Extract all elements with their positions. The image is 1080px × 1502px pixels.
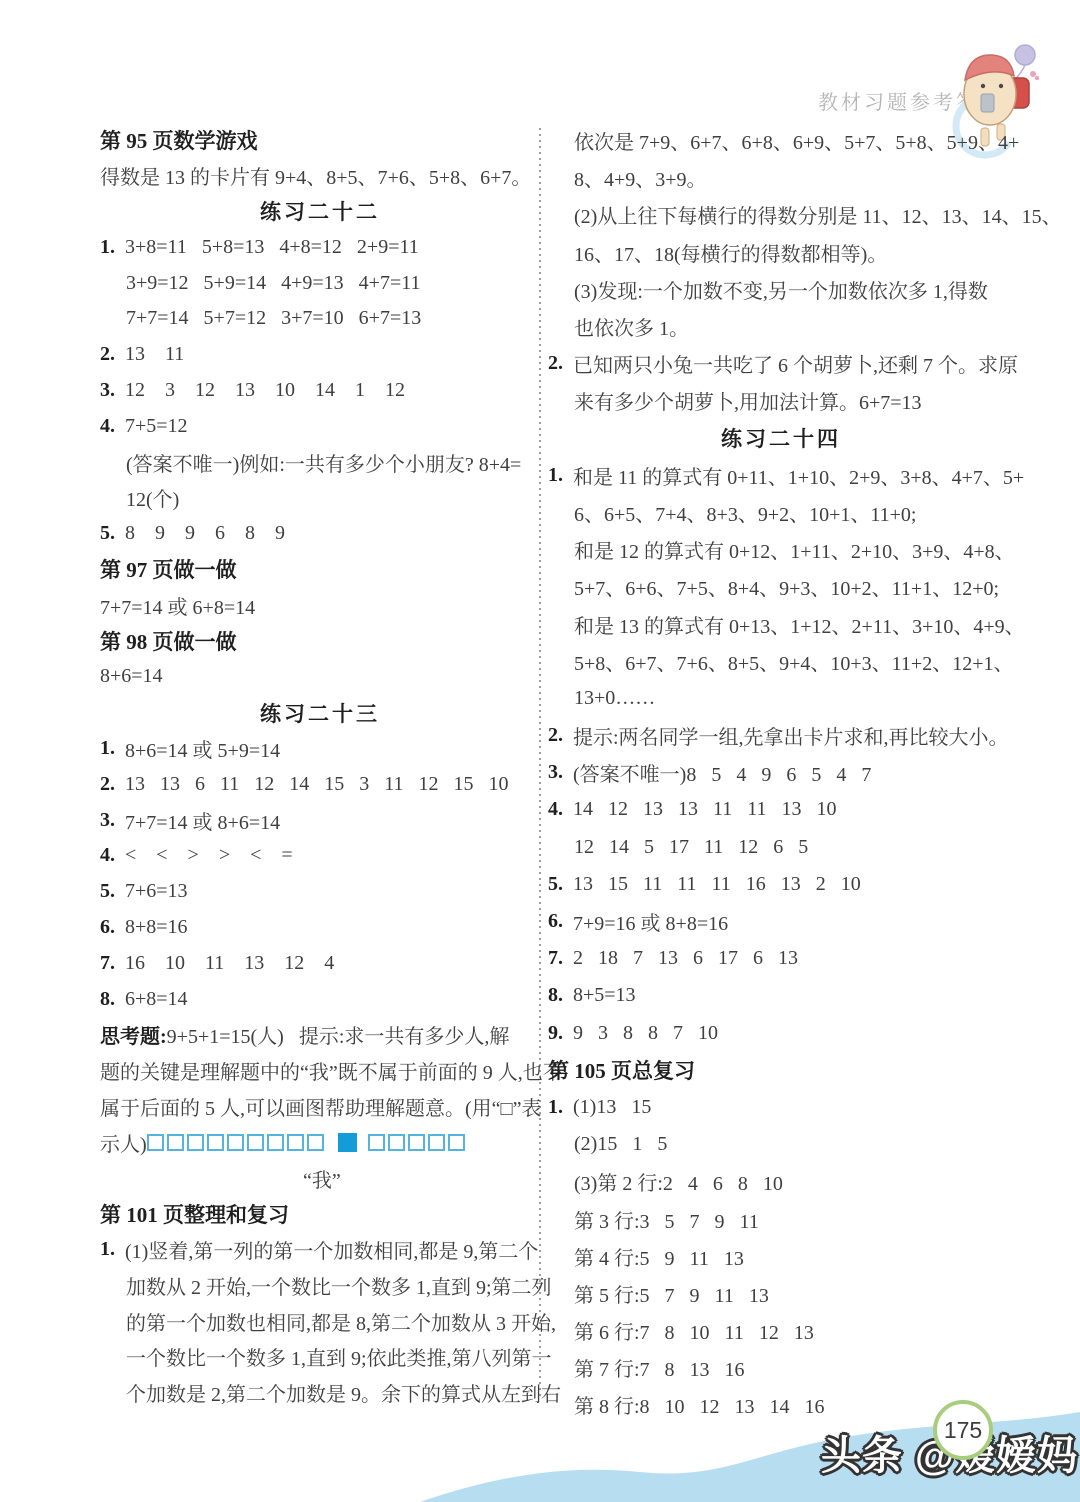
item-number: 4. [100, 844, 115, 867]
answer-line: (3)发现:一个加数不变,另一个加数依次多 1,得数 [548, 271, 1014, 308]
section-heading: 第 97 页做一做 [100, 552, 540, 588]
answer-line: 属于后面的 5 人,可以画图帮助理解题意。(用“□”表 [100, 1089, 540, 1125]
item-number: 8. [548, 984, 563, 1007]
empty-box-icon [368, 1134, 385, 1151]
answer-line: 题的关键是理解题中的“我”既不属于前面的 9 人,也不 [100, 1053, 540, 1089]
answer-line: 也依次多 1。 [548, 308, 1014, 345]
item-number: 3. [100, 809, 115, 832]
answer-line: (答案不唯一)例如:一共有多少个小朋友? 8+4= [100, 444, 540, 480]
answer-line: 和是 12 的算式有 0+12、1+11、2+10、3+9、4+8、 [548, 531, 1014, 568]
section-heading: 第 105 页总复习 [548, 1052, 1014, 1089]
answer-item: 4.7+5=12 [100, 408, 540, 444]
answer-line: 3+9=12 5+9=14 4+9=13 4+7=11 [100, 265, 540, 301]
answer-item: 2.13 11 [100, 337, 540, 373]
answer-item: 6.7+9=16 或 8+8=16 [548, 903, 1014, 940]
answer-line: (2)从上往下每横行的得数分别是 11、12、13、14、15、 [548, 196, 1014, 233]
empty-box-icon [227, 1134, 244, 1151]
item-number: 9. [548, 1022, 563, 1045]
item-number: 8. [100, 988, 115, 1011]
item-number: 7. [548, 947, 563, 970]
item-number: 2. [100, 773, 115, 796]
answer-line: 第 6 行:7 8 10 11 12 13 [548, 1312, 1014, 1349]
item-number: 1. [548, 1096, 563, 1119]
empty-box-icon [267, 1134, 284, 1151]
section-heading: 第 98 页做一做 [100, 623, 540, 659]
answer-line: 12(个) [100, 480, 540, 516]
empty-box-icon [207, 1134, 224, 1151]
item-number: 1. [100, 236, 115, 259]
answer-line: 第 4 行:5 9 11 13 [548, 1238, 1014, 1275]
section-heading: 第 101 页整理和复习 [100, 1196, 540, 1232]
item-text: 3+8=11 5+8=13 4+8=12 2+9=11 [125, 236, 419, 259]
answer-item: 3.12 3 12 13 10 14 1 12 [100, 373, 540, 409]
answer-line: 7+7=14 5+7=12 3+7=10 6+7=13 [100, 301, 540, 337]
answer-item: 1.(1)13 15 [548, 1089, 1014, 1126]
answer-line: 5+8、6+7、7+6、8+5、9+4、10+3、11+2、12+1、 [548, 643, 1014, 680]
answer-line: 16、17、18(每横行的得数都相等)。 [548, 234, 1014, 271]
answer-item: 3.7+7=14 或 8+6=14 [100, 802, 540, 838]
answer-line: 12 14 5 17 11 12 6 5 [548, 829, 1014, 866]
answer-line: 第 7 行:7 8 13 16 [548, 1349, 1014, 1386]
empty-box-icon [287, 1134, 304, 1151]
answer-line: 5+7、6+6、7+5、8+4、9+3、10+2、11+1、12+0; [548, 568, 1014, 605]
item-text: 和是 11 的算式有 0+11、1+10、2+9、3+8、4+7、5+ [573, 461, 1024, 490]
answer-line: 6、6+5、7+4、8+3、9+2、10+1、11+0; [548, 494, 1014, 531]
exercise-heading: 练习二十三 [100, 695, 540, 731]
answer-line: 和是 13 的算式有 0+13、1+12、2+11、3+10、4+9、 [548, 605, 1014, 642]
item-text: 提示:两名同学一组,先拿出卡片求和,再比较大小。 [573, 721, 1009, 750]
empty-box-icon [147, 1134, 164, 1151]
answer-line: 依次是 7+9、6+7、6+8、6+9、5+7、5+8、5+9、4+ [548, 122, 1014, 159]
item-text: (答案不唯一)8 5 4 9 6 5 4 7 [573, 758, 871, 787]
item-text: 7+6=13 [125, 880, 188, 903]
section-heading: 第 95 页数学游戏 [100, 122, 540, 158]
item-text: (1)竖着,第一列的第一个加数相同,都是 9,第二个 [125, 1235, 538, 1264]
answer-item: 1.和是 11 的算式有 0+11、1+10、2+9、3+8、4+7、5+ [548, 457, 1014, 494]
answer-item: 5.8 9 9 6 8 9 [100, 516, 540, 552]
item-text: 9 3 8 8 7 10 [573, 1022, 718, 1045]
empty-box-icon [167, 1134, 184, 1151]
answer-item: 3.(答案不唯一)8 5 4 9 6 5 4 7 [548, 754, 1014, 791]
item-number: 5. [100, 880, 115, 903]
item-text: (1)13 15 [573, 1096, 651, 1119]
item-text: 13 15 11 11 11 16 13 2 10 [573, 873, 861, 896]
answer-item: 7.16 10 11 13 12 4 [100, 945, 540, 981]
item-text: 8+5=13 [573, 984, 636, 1007]
item-text: 已知两只小兔一共吃了 6 个胡萝卜,还剩 7 个。求原 [573, 349, 1018, 378]
answer-item: 6.8+8=16 [100, 910, 540, 946]
item-number: 4. [100, 415, 115, 438]
answer-line: 来有多少个胡萝卜,用加法计算。6+7=13 [548, 382, 1014, 419]
answer-line: 13+0…… [548, 680, 1014, 717]
answer-line: 8、4+9、3+9。 [548, 159, 1014, 196]
answer-item: 1.(1)竖着,第一列的第一个加数相同,都是 9,第二个 [100, 1232, 540, 1268]
item-number: 1. [100, 1238, 115, 1261]
item-text: 12 3 12 13 10 14 1 12 [125, 379, 405, 402]
item-number: 思考题: [100, 1020, 167, 1049]
item-number: 5. [100, 522, 115, 545]
answer-item: 1.8+6=14 或 5+9=14 [100, 731, 540, 767]
item-text: < < > > < = [125, 844, 293, 867]
empty-box-icon [408, 1134, 425, 1151]
item-text: 7+9=16 或 8+8=16 [573, 907, 728, 936]
answer-item: 思考题:9+5+1=15(人) 提示:求一共有多少人,解 [100, 1017, 540, 1053]
item-text: 8+8=16 [125, 916, 188, 939]
answer-line: (3)第 2 行:2 4 6 8 10 [548, 1163, 1014, 1200]
exercise-heading: 练习二十二 [100, 194, 540, 230]
item-number: 7. [100, 952, 115, 975]
empty-box-icon [247, 1134, 264, 1151]
answer-line: 8+6=14 [100, 659, 540, 695]
empty-box-icon [388, 1134, 405, 1151]
filled-box-icon [338, 1133, 357, 1152]
item-text: 7+7=14 或 8+6=14 [125, 806, 280, 835]
answer-item: 2.提示:两名同学一组,先拿出卡片求和,再比较大小。 [548, 717, 1014, 754]
left-column: 第 95 页数学游戏得数是 13 的卡片有 9+4、8+5、7+6、5+8、6+… [100, 122, 540, 1411]
answer-line: 加数从 2 开始,一个数比一个数多 1,直到 9;第二列 [100, 1268, 540, 1304]
balloon-icon [1015, 45, 1035, 65]
answer-item: 2.13 13 6 11 12 14 15 3 11 12 15 10 [100, 766, 540, 802]
phone-icon [981, 94, 994, 112]
item-number: 2. [548, 352, 563, 375]
answer-item: 1.3+8=11 5+8=13 4+8=12 2+9=11 [100, 229, 540, 265]
answer-item: 5.13 15 11 11 11 16 13 2 10 [548, 866, 1014, 903]
answer-line: 的第一个加数也相同,都是 8,第二个加数从 3 开始, [100, 1303, 540, 1339]
item-number: 4. [548, 798, 563, 821]
item-number: 3. [100, 379, 115, 402]
answer-item: 7.2 18 7 13 6 17 6 13 [548, 940, 1014, 977]
answer-item: 4.< < > > < = [100, 838, 540, 874]
answer-line: (2)15 1 5 [548, 1126, 1014, 1163]
item-text: 6+8=14 [125, 988, 188, 1011]
heart-dot-icon [1030, 71, 1036, 77]
diagram-prefix: 示人) [100, 1128, 147, 1157]
answer-line: 第 3 行:3 5 7 9 11 [548, 1200, 1014, 1237]
item-text: 9+5+1=15(人) 提示:求一共有多少人,解 [167, 1020, 510, 1049]
page-number-badge: 175 [933, 1400, 993, 1460]
item-number: 5. [548, 873, 563, 896]
answer-item: 5.7+6=13 [100, 874, 540, 910]
item-text: 7+5=12 [125, 415, 188, 438]
answer-item: 9.9 3 8 8 7 10 [548, 1015, 1014, 1052]
answer-line: 得数是 13 的卡片有 9+4、8+5、7+6、5+8、6+7。 [100, 158, 540, 194]
empty-box-icon [428, 1134, 445, 1151]
right-column: 依次是 7+9、6+7、6+8、6+9、5+7、5+8、5+9、4+8、4+9、… [548, 122, 1014, 1424]
answer-item: 8.8+5=13 [548, 977, 1014, 1014]
item-text: 13 11 [125, 343, 184, 366]
empty-box-icon [307, 1134, 324, 1151]
item-number: 6. [548, 910, 563, 933]
diagram-boxes-row: 示人) [100, 1124, 540, 1160]
item-text: 8 9 9 6 8 9 [125, 522, 285, 545]
item-text: 2 18 7 13 6 17 6 13 [573, 947, 798, 970]
empty-box-icon [448, 1134, 465, 1151]
answer-item: 2.已知两只小兔一共吃了 6 个胡萝卜,还剩 7 个。求原 [548, 345, 1014, 382]
page-number: 175 [944, 1417, 982, 1444]
exercise-heading: 练习二十四 [548, 420, 1014, 457]
item-number: 2. [100, 343, 115, 366]
item-text: 8+6=14 或 5+9=14 [125, 734, 280, 763]
item-number: 1. [100, 737, 115, 760]
item-text: 13 13 6 11 12 14 15 3 11 12 15 10 [125, 773, 509, 796]
item-number: 1. [548, 464, 563, 487]
item-text: 16 10 11 13 12 4 [125, 952, 334, 975]
answer-item: 8.6+8=14 [100, 981, 540, 1017]
empty-box-icon [187, 1134, 204, 1151]
item-number: 3. [548, 761, 563, 784]
answer-line: 7+7=14 或 6+8=14 [100, 587, 540, 623]
item-number: 2. [548, 724, 563, 747]
answer-item: 4.14 12 13 13 11 11 13 10 [548, 791, 1014, 828]
answer-line: 一个数比一个数多 1,直到 9;依此类推,第八列第一 [100, 1339, 540, 1375]
item-number: 6. [100, 916, 115, 939]
answer-line: 第 5 行:5 7 9 11 13 [548, 1275, 1014, 1312]
item-text: 14 12 13 13 11 11 13 10 [573, 798, 837, 821]
box-caption: “我” [100, 1160, 540, 1196]
